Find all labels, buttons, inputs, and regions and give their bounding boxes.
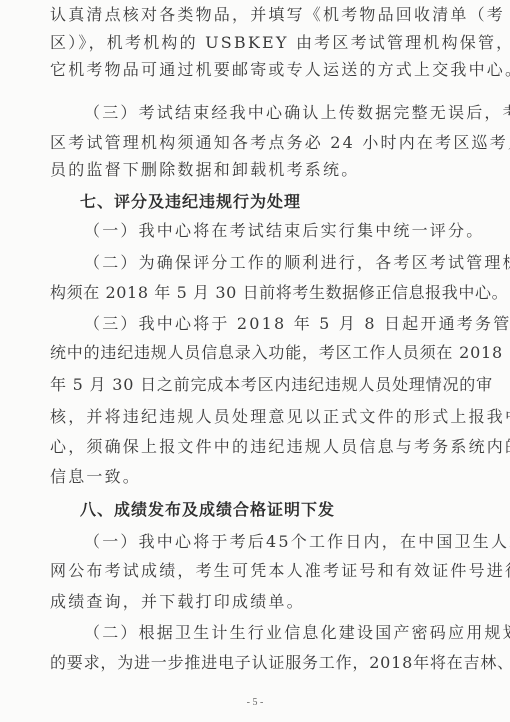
document-page: 认真清点核对各类物品，并填写《机考物品回收清单（考 区）》，机考机构的 USBK… (0, 0, 510, 722)
section-heading-8: 八、成绩发布及成绩合格证明下发 (80, 500, 454, 520)
paragraph-line: 网公布考试成绩，考生可凭本人准考证号和有效证件号进行 (50, 561, 458, 581)
paragraph-line: （一）我中心将于考后45个工作日内，在中国卫生人才 (84, 532, 458, 552)
paragraph-line: 区）》，机考机构的 USBKEY 由考区考试管理机构保管，其 (50, 33, 458, 53)
paragraph-line: 年 5 月 30 日之前完成本考区内违纪违规人员处理情况的审 (50, 375, 458, 395)
paragraph-line: 区考试管理机构须通知各考点务必 24 小时内在考区巡考人 (50, 133, 458, 153)
page-number: - 5 - (0, 697, 510, 708)
paragraph-line: 心，须确保上报文件中的违纪违规人员信息与考务系统内的 (50, 437, 458, 457)
section-heading-7: 七、评分及违纪违规行为处理 (80, 192, 454, 212)
paragraph-line: 统中的违纪违规人员信息录入功能，考区工作人员须在 2018 (50, 343, 458, 363)
paragraph-line: 认真清点核对各类物品，并填写《机考物品回收清单（考 (50, 5, 458, 25)
paragraph-line: （一）我中心将在考试结束后实行集中统一评分。 (84, 221, 458, 241)
paragraph-line: 核，并将违纪违规人员处理意见以正式文件的形式上报我中 (50, 407, 458, 427)
paragraph-line: 的要求，为进一步推进电子认证服务工作，2018年将在吉林、 (50, 653, 458, 673)
paragraph-line: （三）我中心将于 2018 年 5 月 8 日起开通考务管理系 (84, 314, 458, 334)
paragraph-line: （二）根据卫生计生行业信息化建设国产密码应用规划 (84, 623, 458, 643)
paragraph-line: 构须在 2018 年 5 月 30 日前将考生数据修正信息报我中心。 (50, 283, 458, 303)
paragraph-line: 成绩查询，并下载打印成绩单。 (50, 592, 458, 612)
paragraph-line: 信息一致。 (50, 467, 458, 487)
paragraph-line: 它机考物品可通过机要邮寄或专人运送的方式上交我中心。 (50, 60, 458, 80)
paragraph-line: 员的监督下删除数据和卸载机考系统。 (50, 160, 458, 180)
paragraph-line: （三）考试结束经我中心确认上传数据完整无误后，考 (84, 103, 458, 123)
paragraph-line: （二）为确保评分工作的顺利进行，各考区考试管理机 (84, 253, 458, 273)
